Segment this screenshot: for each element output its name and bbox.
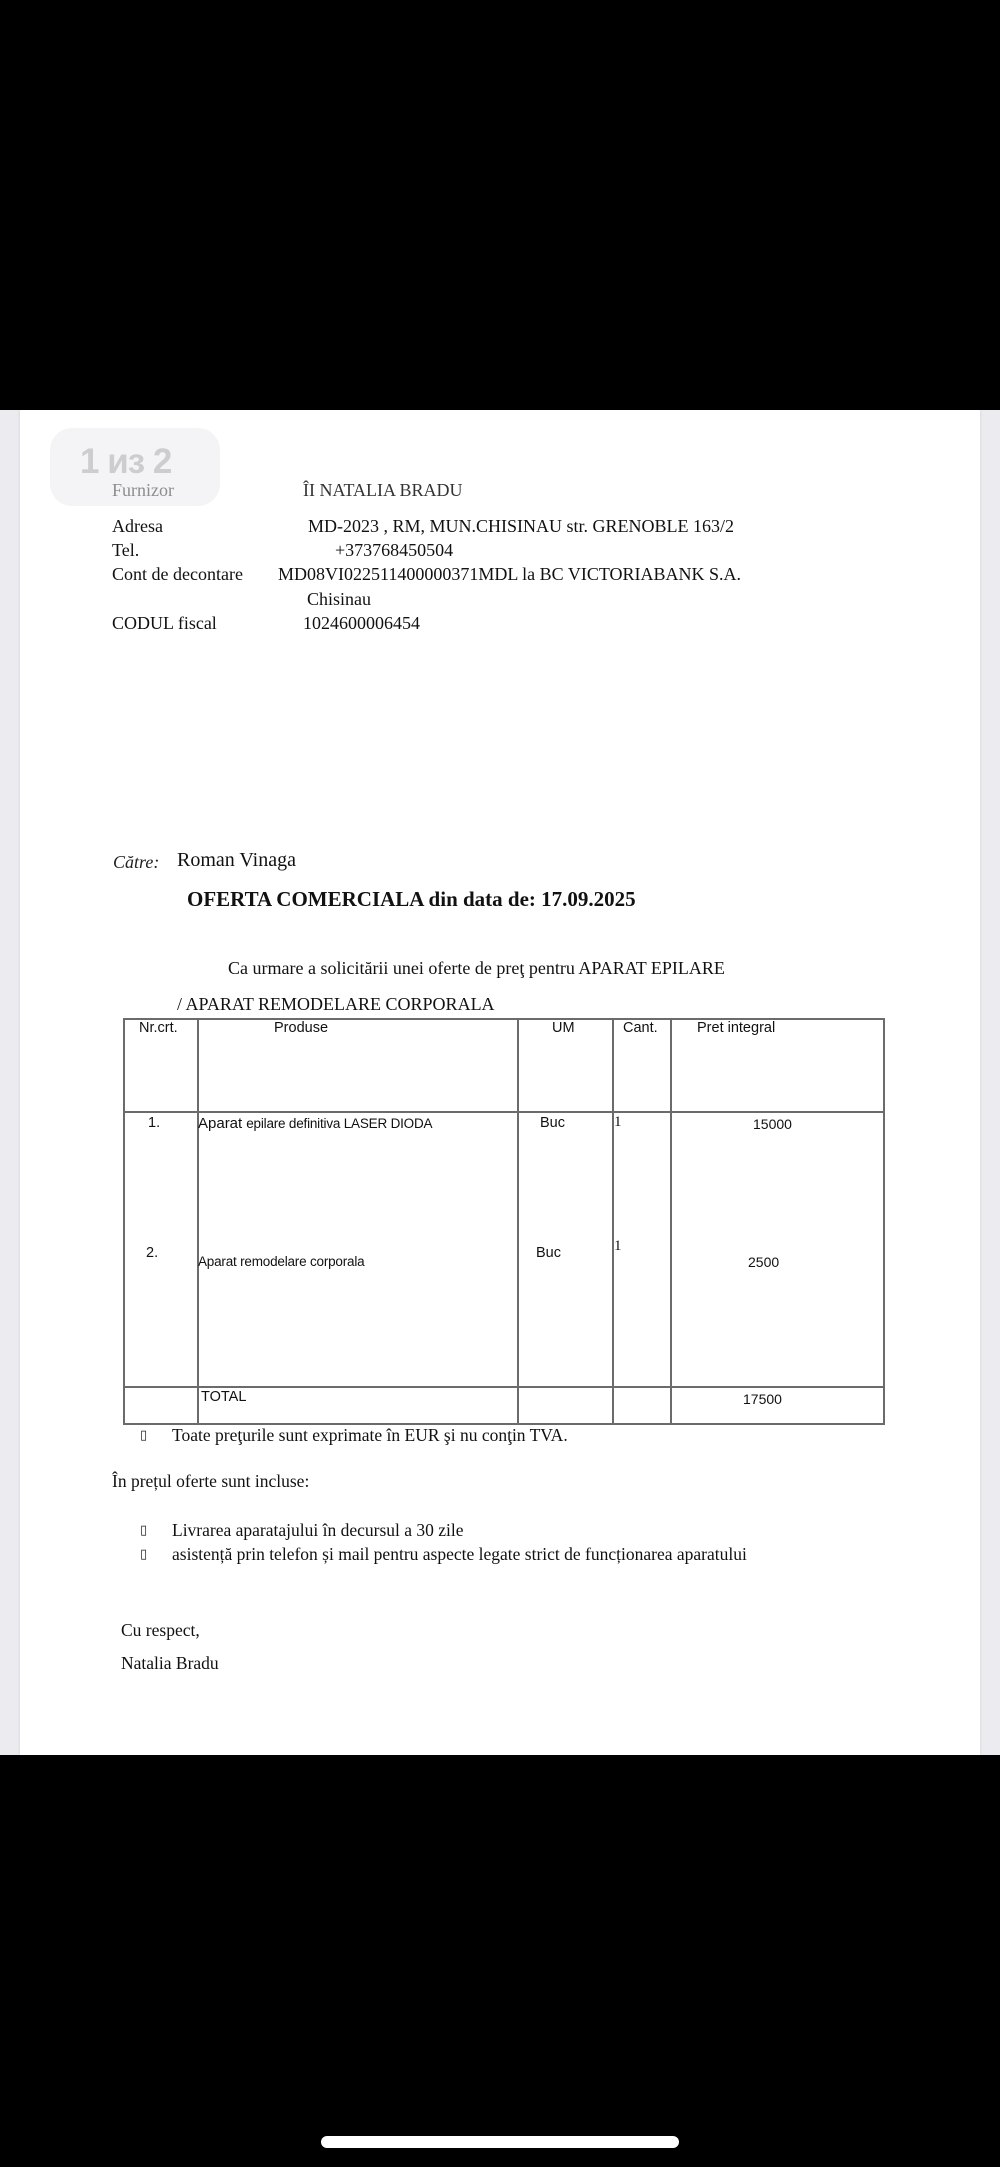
- table-col-divider: [197, 1018, 199, 1425]
- table-header-qty: Cant.: [623, 1020, 658, 1036]
- bottom-black-bar: [0, 1755, 1000, 2167]
- included-item: Livrarea aparatajului în decursul a 30 z…: [172, 1520, 464, 1541]
- row-product-name: epilare definitiva LASER DIODA: [246, 1116, 432, 1131]
- phone-value: +373768450504: [335, 540, 453, 561]
- supplier-name: ÎI NATALIA BRADU: [303, 480, 463, 501]
- row-product: Aparat remodelare corporala: [198, 1254, 364, 1269]
- row-um: Buc: [540, 1115, 565, 1131]
- vat-note: Toate preţurile sunt exprimate în EUR şi…: [172, 1425, 568, 1446]
- phone-label: Tel.: [112, 540, 139, 561]
- recipient-label: Către:: [113, 852, 159, 873]
- table-col-divider: [612, 1018, 614, 1425]
- total-label: TOTAL: [201, 1389, 246, 1405]
- row-qty: 1: [614, 1114, 622, 1131]
- fiscal-code-value: 1024600006454: [303, 613, 420, 634]
- table-border-left: [123, 1018, 125, 1425]
- page-indicator: 1 из 2: [80, 442, 171, 482]
- row-product: Aparat epilare definitiva LASER DIODA: [198, 1115, 432, 1132]
- document-title: OFERTA COMERCIALA din data de: 17.09.202…: [187, 887, 636, 912]
- top-black-bar: [0, 0, 1000, 410]
- address-label: Adresa: [112, 516, 163, 537]
- table-header-nr: Nr.crt.: [139, 1020, 178, 1036]
- table-header-price: Pret integral: [697, 1020, 775, 1036]
- table-col-divider: [517, 1018, 519, 1425]
- bullet-icon: ▯: [140, 1547, 147, 1562]
- row-nr: 2.: [146, 1245, 158, 1261]
- fiscal-code-label: CODUL fiscal: [112, 613, 217, 634]
- bullet-icon: ▯: [140, 1428, 147, 1443]
- bank-account-value: MD08VI022511400000371MDL la BC VICTORIAB…: [278, 564, 741, 585]
- table-header-divider: [123, 1111, 885, 1113]
- row-um: Buc: [536, 1245, 561, 1261]
- table-col-divider: [670, 1018, 672, 1425]
- bank-city-value: Chisinau: [307, 589, 371, 610]
- home-indicator[interactable]: [321, 2136, 679, 2148]
- total-value: 17500: [743, 1391, 782, 1407]
- row-price: 15000: [753, 1116, 792, 1132]
- included-item: asistență prin telefon și mail pentru as…: [172, 1544, 747, 1565]
- row-product-prefix: Aparat: [198, 1115, 242, 1132]
- intro-line-1: Ca urmare a solicitării unei oferte de p…: [228, 958, 725, 979]
- recipient-name: Roman Vinaga: [177, 849, 296, 872]
- table-header-products: Produse: [274, 1020, 328, 1036]
- supplier-label: Furnizor: [112, 480, 174, 501]
- row-qty: 1: [614, 1238, 622, 1255]
- bullet-icon: ▯: [140, 1523, 147, 1538]
- included-heading: În prețul oferte sunt incluse:: [112, 1471, 309, 1492]
- table-border-right: [883, 1018, 885, 1425]
- row-nr: 1.: [148, 1115, 160, 1131]
- closing-text: Cu respect,: [121, 1620, 200, 1641]
- table-total-divider: [123, 1386, 885, 1388]
- address-value: MD-2023 , RM, MUN.CHISINAU str. GRENOBLE…: [308, 516, 734, 537]
- table-header-um: UM: [552, 1020, 575, 1036]
- intro-line-2: / APARAT REMODELARE CORPORALA: [177, 994, 495, 1015]
- signer-name: Natalia Bradu: [121, 1653, 219, 1674]
- row-price: 2500: [748, 1254, 779, 1270]
- bank-account-label: Cont de decontare: [112, 564, 243, 585]
